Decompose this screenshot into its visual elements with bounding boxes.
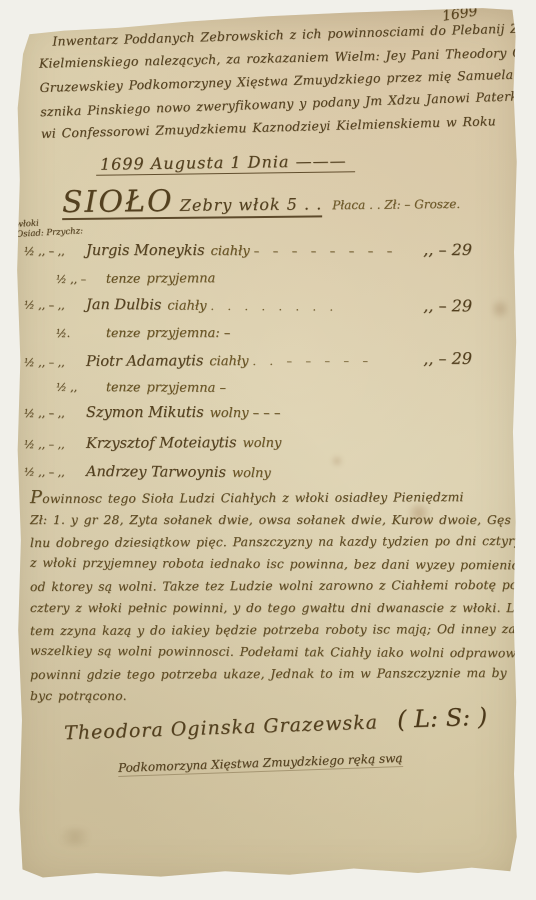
seal-mark: ( L: S: ) xyxy=(397,703,488,734)
roster-row: ½. tenze przyjemna: – xyxy=(24,325,472,350)
hide-fraction-mark: ½ ,, – ,, xyxy=(24,356,86,369)
handwritten-line: Powinnosc tego Sioła Ludzi Ciahłych z wł… xyxy=(30,485,508,510)
hide-fraction-mark: ½ ,, xyxy=(56,381,106,394)
payment-value: ,, – 29 xyxy=(423,349,472,368)
peasant-name: tenze xyxy=(106,379,141,394)
hide-fraction-mark: ½ ,, – ,, xyxy=(24,245,86,258)
handwritten-line: cztery z włoki pełnic powinni, y do tego… xyxy=(30,597,508,619)
peasant-status: przyjemna xyxy=(146,271,215,286)
peasant-name: Piotr Adamaytis xyxy=(86,353,203,370)
header-paragraph: Inwentarz Poddanych Zebrowskich z ich po… xyxy=(38,17,515,145)
peasant-status: przyjemna – xyxy=(146,380,226,395)
peasant-status: przyjemna: – xyxy=(146,326,230,341)
ink-stain xyxy=(492,296,508,322)
peasant-name: tenze xyxy=(106,325,140,340)
roster-row: ½ ,, – ,, Krzysztof Moteiaytis wolny xyxy=(24,434,472,466)
handwritten-line: powinni gdzie tego potrzeba ukaze, Jedna… xyxy=(30,662,508,686)
handwritten-line: od ktorey są wolni. Takze tez Ludzie wol… xyxy=(30,574,508,598)
payment-value: ,, – 29 xyxy=(423,296,472,315)
dotted-leader xyxy=(285,446,468,447)
roster-row: ½ ,, – ,, Szymon Mikutis wolny – – – xyxy=(24,405,472,435)
roster-table: ½ ,, – ,, Jurgis Moneykis ciahły – – – –… xyxy=(24,240,472,495)
peasant-status: wolny xyxy=(243,436,282,451)
peasant-status: ciahły xyxy=(167,299,206,314)
payment-value: ,, – 29 xyxy=(423,240,472,259)
peasant-status: wolny xyxy=(232,466,271,481)
peasant-name: Jan Dulbis xyxy=(86,297,161,313)
ink-stain xyxy=(55,828,95,846)
hide-fraction-mark: ½ ,, – ,, xyxy=(24,299,86,312)
roster-row: ½ ,, – tenze przyjemna xyxy=(24,269,472,296)
hide-fraction-mark: ½ ,, – xyxy=(56,273,106,286)
payment-column-header: Płaca . . Zł: – Grosze. xyxy=(332,197,460,212)
handwritten-line: z włoki przyjemney robota iednako isc po… xyxy=(30,552,508,577)
margin-column-label: włoki Osiad: Przychz: xyxy=(16,216,84,239)
roster-row: ½ ,, – ,, Jurgis Moneykis ciahły – – – –… xyxy=(24,240,472,270)
peasant-name: Szymon Mikutis xyxy=(86,405,204,421)
date-line: 1699 Augusta 1 Dnia ——— xyxy=(96,151,355,176)
hide-fraction-mark: ½ ,, – ,, xyxy=(24,407,86,420)
hide-fraction-mark: ½ ,, – ,, xyxy=(24,438,86,451)
peasant-status: ciahły xyxy=(209,354,248,369)
handwritten-line: wszelkiey są wolni powinnosci. Podełami … xyxy=(30,640,508,665)
dotted-leader: . . . . . . . . xyxy=(210,300,419,314)
section-heading-underline: SIOŁO Zebry włok 5 . . xyxy=(62,194,322,220)
handwritten-line: lnu dobrego dziesiątkow pięc. Panszczyzn… xyxy=(30,530,508,554)
dotted-leader: . . – – – – – xyxy=(252,354,419,368)
dotted-leader xyxy=(275,477,468,478)
handwritten-line: Zł: 1. y gr 28, Zyta sołanek dwie, owsa … xyxy=(30,509,508,531)
peasant-name: Andrzey Tarwoynis xyxy=(86,464,226,481)
dotted-leader xyxy=(230,392,468,393)
roster-row: ½ ,, tenze przyjemna – xyxy=(24,379,472,407)
hide-fraction-mark: ½ ,, – ,, xyxy=(24,466,86,479)
peasant-status: wolny – – – xyxy=(210,406,281,421)
margin-label-line2: Osiad: Przychz: xyxy=(16,226,83,239)
handwritten-line: tem zzyna kazą y do iakiey będzie potrze… xyxy=(30,618,508,642)
peasant-status: ciahły xyxy=(211,244,250,259)
roster-row: ½ ,, – ,, Piotr Adamaytis ciahły . . – –… xyxy=(24,349,472,381)
peasant-name: Jurgis Moneykis xyxy=(86,243,205,259)
photo-background: 39. 1699 Inwentarz Poddanych Zebrowskich… xyxy=(0,0,536,900)
obligations-paragraph: Powinnosc tego Sioła Ludzi Ciahłych z wł… xyxy=(30,486,508,707)
dotted-leader xyxy=(219,281,468,282)
peasant-name: tenze xyxy=(106,271,141,286)
dotted-leader: – – – – – – – – xyxy=(254,245,420,258)
manuscript-page: 39. 1699 Inwentarz Poddanych Zebrowskich… xyxy=(0,0,536,900)
signature-block: Theodora Oginska Grazewska ( L: S: ) xyxy=(64,703,488,746)
peasant-name: Krzysztof Moteiaytis xyxy=(86,435,237,452)
signatory-name: Theodora Oginska Grazewska xyxy=(64,711,379,744)
section-heading: SIOŁO Zebry włok 5 . .Płaca . . Zł: – Gr… xyxy=(62,181,460,220)
roster-row: ½ ,, – ,, Jan Dulbis ciahły . . . . . . … xyxy=(24,294,472,327)
hide-fraction-mark: ½. xyxy=(56,327,106,340)
signatory-title: Podkomorzyna Xięstwa Zmuydzkiego ręką sw… xyxy=(118,751,403,777)
village-name-and-size: Zebry włok 5 . . xyxy=(174,194,323,215)
village-label: SIOŁO xyxy=(62,184,174,220)
